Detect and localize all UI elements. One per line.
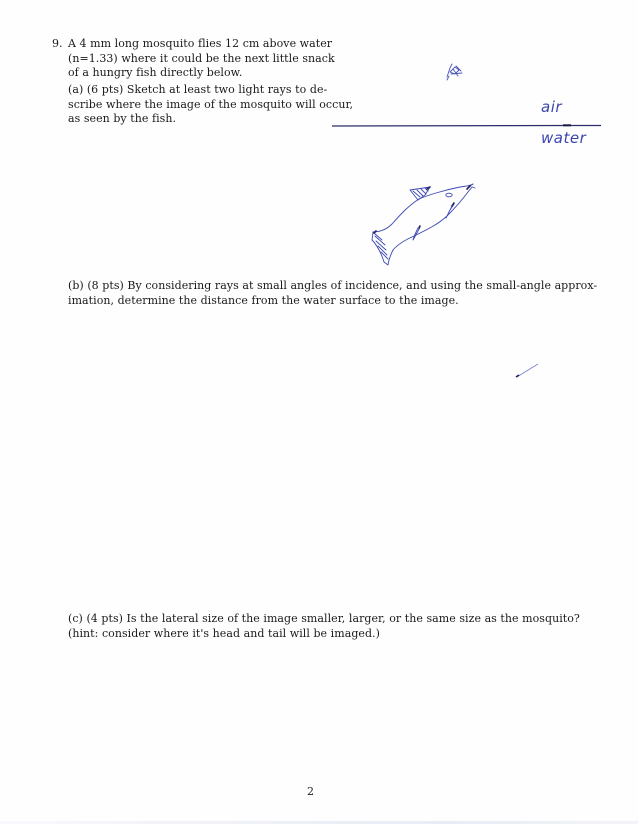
question-intro-line: A 4 mm long mosquito flies 12 cm above w… (68, 37, 335, 52)
question-number: 9. (52, 37, 63, 52)
question-intro-line: (n=1.33) where it could be the next litt… (68, 52, 335, 67)
question-intro: A 4 mm long mosquito flies 12 cm above w… (68, 37, 335, 81)
part-c-line: (hint: consider where it's head and tail… (68, 627, 580, 642)
part-c-prompt: (c) (4 pts) Is the lateral size of the i… (68, 612, 580, 641)
question-intro-line: of a hungry fish directly below. (68, 66, 335, 81)
stray-pen-mark (516, 364, 538, 377)
part-b-line: (b) (8 pts) By considering rays at small… (68, 279, 597, 294)
part-b-prompt: (b) (8 pts) By considering rays at small… (68, 279, 597, 308)
page-number: 2 (307, 785, 314, 798)
part-c-line: (c) (4 pts) Is the lateral size of the i… (68, 612, 580, 627)
air-label: air (541, 98, 562, 116)
part-a-prompt: (a) (6 pts) Sketch at least two light ra… (68, 83, 353, 127)
mosquito-drawing (447, 64, 462, 80)
part-b-line: imation, determine the distance from the… (68, 294, 597, 309)
exam-page: 9. A 4 mm long mosquito flies 12 cm abov… (0, 0, 638, 824)
part-a-line: scribe where the image of the mosquito w… (68, 98, 353, 113)
part-a-line: as seen by the fish. (68, 112, 353, 127)
fish-drawing (372, 184, 475, 265)
water-surface-line (332, 125, 601, 126)
part-a-line: (a) (6 pts) Sketch at least two light ra… (68, 83, 353, 98)
water-label: water (541, 129, 586, 147)
